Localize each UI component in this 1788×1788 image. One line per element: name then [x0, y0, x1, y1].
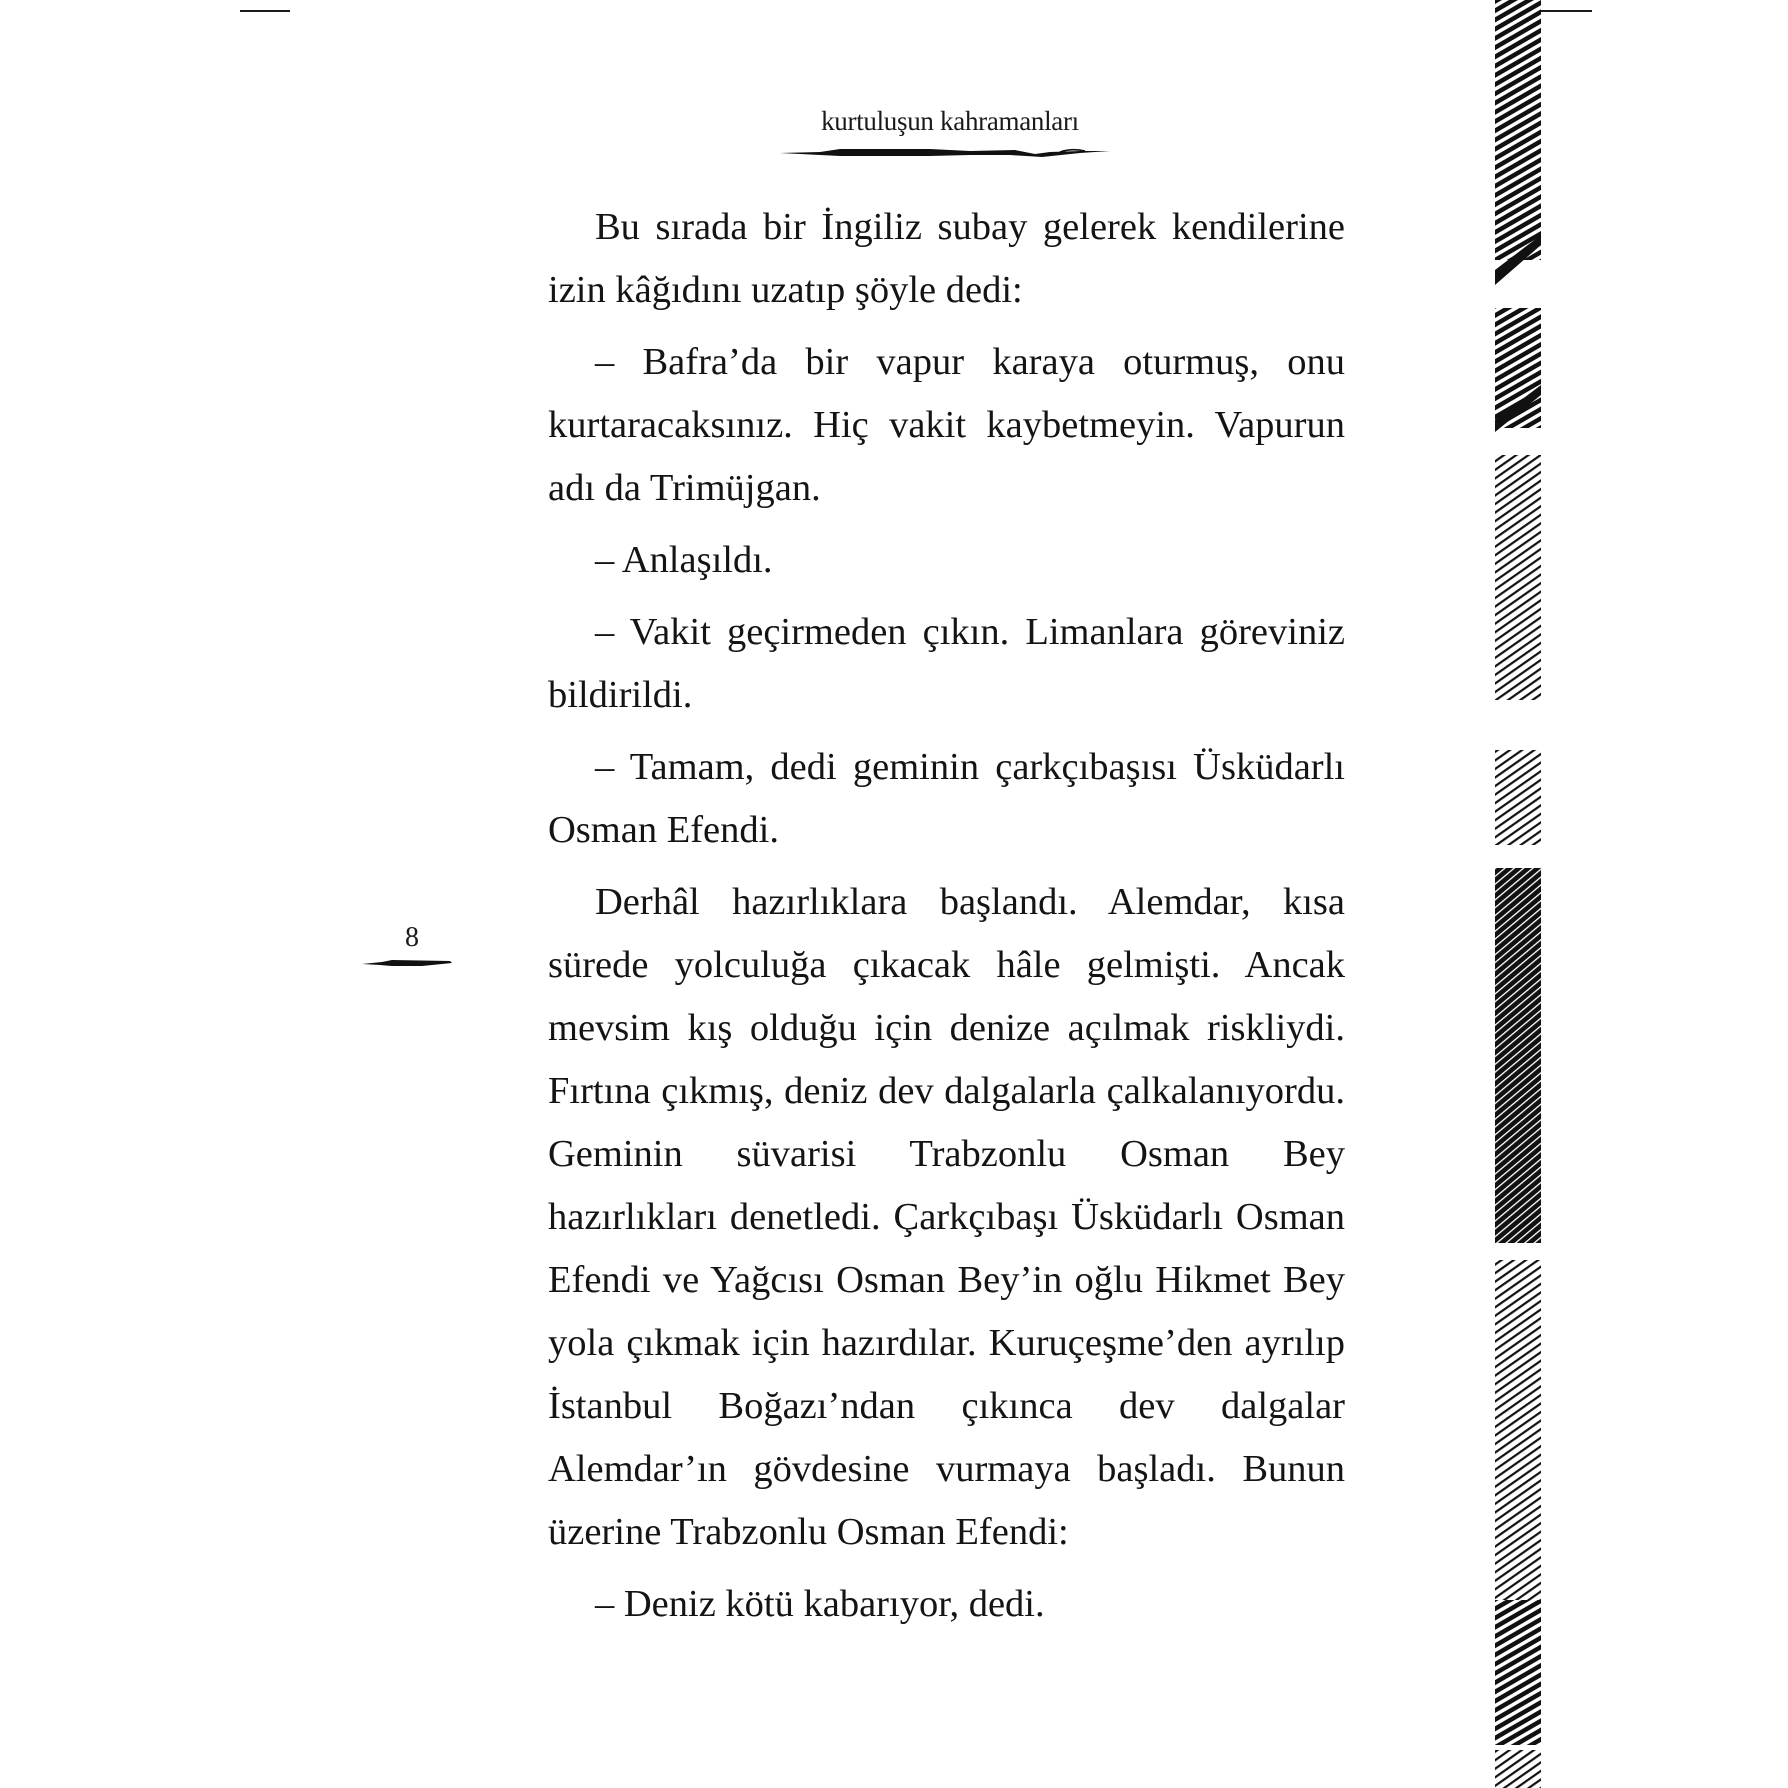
paragraph: Derhâl hazırlıklara başlandı. Alemdar, k…	[548, 871, 1345, 1564]
paragraph: – Bafra’da bir vapur karaya oturmuş, onu…	[548, 331, 1345, 520]
paragraph: – Vakit geçirmeden çıkın. Limanlara göre…	[548, 601, 1345, 727]
crop-mark-top-right	[1540, 10, 1592, 12]
paragraph: – Deniz kötü kabarıyor, dedi.	[548, 1573, 1345, 1636]
page-number: 8	[392, 922, 432, 954]
decorative-hatch-strip	[1493, 0, 1543, 1788]
head-brush-rule	[780, 146, 1110, 160]
page-number-brush-rule	[362, 958, 452, 968]
running-head: kurtuluşun kahramanları	[780, 106, 1120, 137]
paragraph: Bu sırada bir İngiliz subay gelerek kend…	[548, 196, 1345, 322]
paragraph: – Anlaşıldı.	[548, 529, 1345, 592]
crop-mark-top-left	[240, 10, 290, 12]
paragraph: – Tamam, dedi geminin çarkçıbaşısı Üskü­…	[548, 736, 1345, 862]
body-text: Bu sırada bir İngiliz subay gelerek kend…	[548, 196, 1345, 1645]
